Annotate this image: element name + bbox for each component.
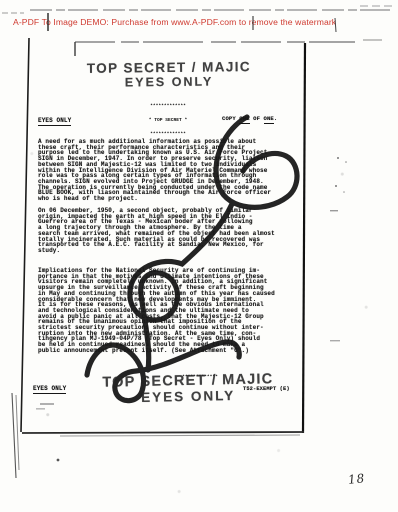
stamp-line: TOP SECRET / MAJIC <box>84 59 254 76</box>
bottom-page-edge-line <box>22 432 304 433</box>
speckle <box>337 157 339 159</box>
speckle <box>345 161 347 163</box>
footer-eyes-only-label: EYES ONLY <box>33 385 66 392</box>
copy-count-label: COPY ONE OF ONE. <box>222 115 277 122</box>
text-line: who is head of the project. <box>38 196 300 202</box>
left-page-edge-line <box>12 393 16 478</box>
copy-one-underlined: ONE <box>264 115 274 124</box>
smudge <box>40 403 54 405</box>
handwritten-page-number: 18 <box>347 471 366 487</box>
scanned-document-page: A-PDF To Image DEMO: Purchase from www.A… <box>0 0 398 512</box>
smudge <box>36 408 45 410</box>
eyes-only-label: EYES ONLY <box>38 117 71 124</box>
paragraph-project-sign: A need for as much additional informatio… <box>38 139 300 202</box>
speckle <box>335 185 337 187</box>
right-page-edge-line <box>303 43 305 433</box>
eyes-only-text: EYES ONLY <box>33 385 66 394</box>
text-line: public announcement present itself. (See… <box>38 348 300 354</box>
copy-text: COPY <box>222 115 239 122</box>
bottom-page-edge-line <box>60 435 300 436</box>
left-page-edge-line <box>21 38 29 432</box>
left-page-edge-line <box>16 395 19 470</box>
paragraph-el-indio-crash: On 06 December, 1950, a second object, p… <box>38 208 300 254</box>
copy-text: OF <box>250 115 264 122</box>
watermark-text: A-PDF To Image DEMO: Purchase from www.A… <box>13 17 353 27</box>
asterisk-row: ************* <box>118 105 218 110</box>
stamp-line: EYES ONLY <box>84 74 254 90</box>
exempt-code-label: T52-EXEMPT (E) <box>243 386 290 392</box>
copy-one-underlined: ONE <box>239 115 249 124</box>
top-secret-majic-stamp: TOP SECRET / MAJIC EYES ONLY <box>84 59 254 90</box>
copy-text: . <box>274 115 277 122</box>
text-line: study. <box>38 248 300 254</box>
speckle <box>343 191 345 193</box>
speckle <box>330 210 338 211</box>
asterisk-row: * TOP SECRET * <box>118 119 218 124</box>
text-line: transported to the A.E.C. facility at Sa… <box>38 242 300 248</box>
speckle <box>57 459 60 462</box>
asterisk-row: ************* <box>118 133 218 138</box>
smudge <box>330 340 340 341</box>
paragraph-national-security: Implications for the National Security a… <box>38 268 300 354</box>
eyes-only-text: EYES ONLY <box>38 117 71 126</box>
